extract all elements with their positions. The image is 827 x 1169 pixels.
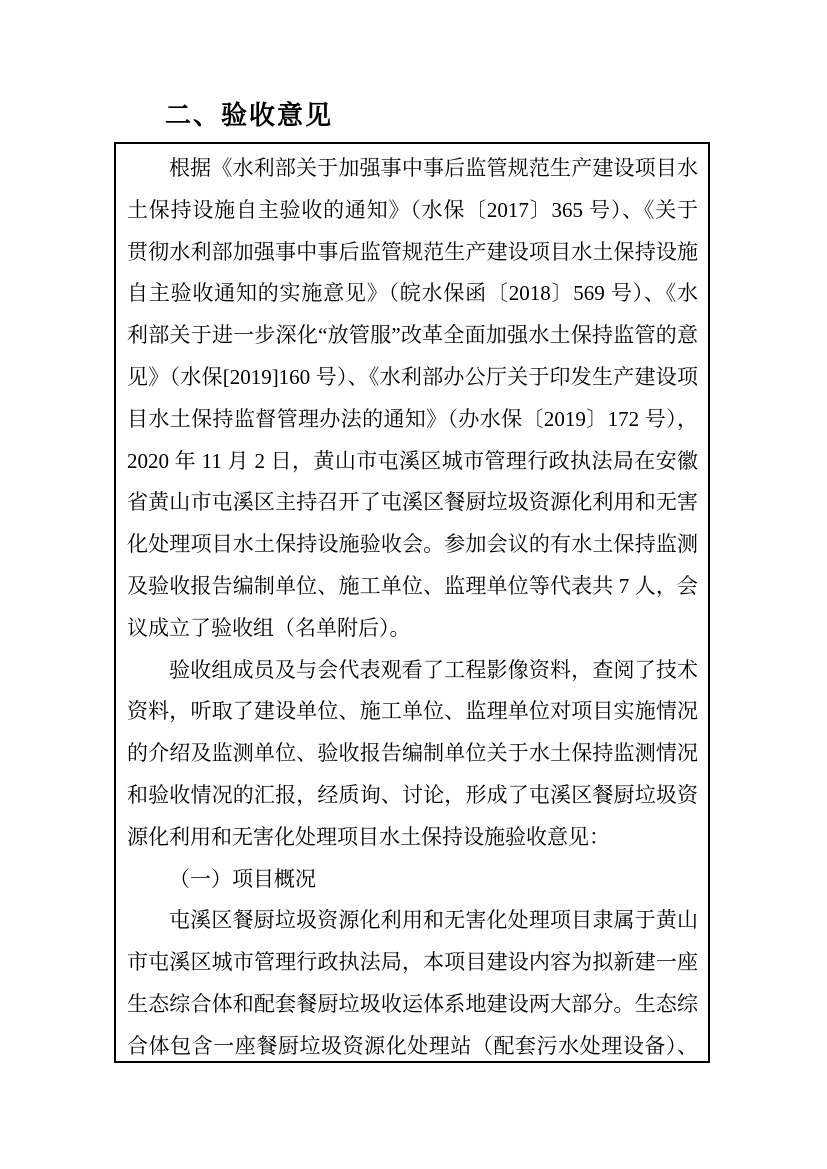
paragraph-meeting-summary: 验收组成员及与会代表观看了工程影像资料，查阅了技术资料，听取了建设单位、施工单位… bbox=[127, 650, 698, 859]
content-border-box: 根据《水利部关于加强事中事后监管规范生产建设项目水土保持设施自主验收的通知》（水… bbox=[114, 142, 710, 1063]
paragraph-subsection-title: （一）项目概况 bbox=[127, 859, 698, 901]
paragraph-legal-basis: 根据《水利部关于加强事中事后监管规范生产建设项目水土保持设施自主验收的通知》（水… bbox=[127, 148, 698, 650]
paragraph-project-overview: 屯溪区餐厨垃圾资源化利用和无害化处理项目隶属于黄山市屯溪区城市管理行政执法局，本… bbox=[127, 900, 698, 1063]
document-page: 二、验收意见 根据《水利部关于加强事中事后监管规范生产建设项目水土保持设施自主验… bbox=[0, 0, 827, 1169]
section-heading: 二、验收意见 bbox=[165, 98, 333, 132]
